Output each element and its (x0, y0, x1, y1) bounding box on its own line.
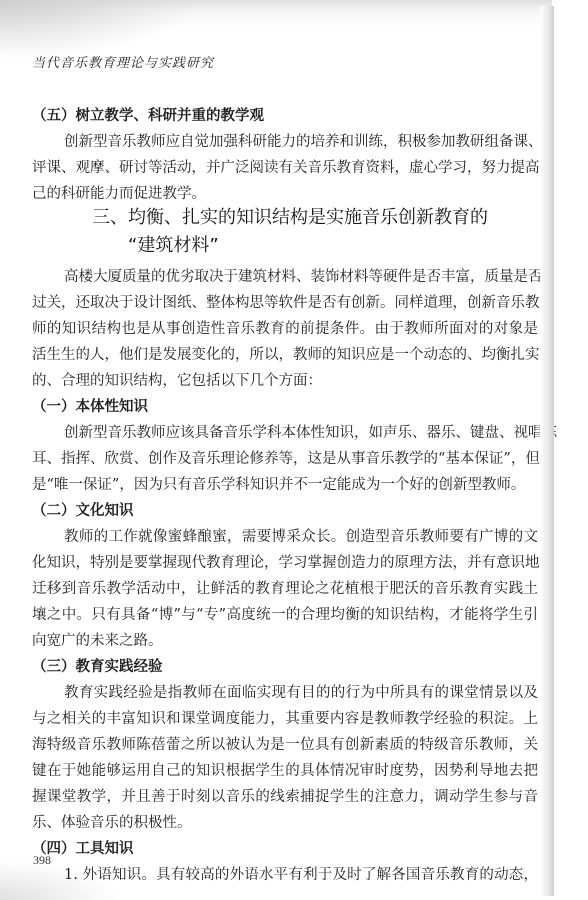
subsection-heading-2: （二）文化知识 (32, 498, 134, 524)
paragraph-line: 教育实践经验是指教师在面临实现有目的的行为中所具有的课堂情景以及 (32, 680, 538, 706)
paragraph-line: 教师的工作就像蜜蜂酿蜜，需要博采众长。创造型音乐教师要有广博的文 (32, 524, 538, 550)
paragraph-line: 的、合理的知识结构，它包括以下几个方面： (32, 368, 538, 394)
paragraph-line: 创新型音乐教师应自觉加强科研能力的培养和训练，积极参加教研组备课、 (32, 129, 538, 155)
paragraph-line: 化知识，特别是要掌握现代教育理论，学习掌握创造力的原理方法，并有意识地 (32, 550, 538, 576)
paragraph-line: 耳、指挥、欣赏、创作及音乐理论修养等，这是从事音乐教学的“基本保证”，但不 (32, 446, 538, 472)
page-number: 398 (33, 853, 51, 868)
subsection-heading-3: （三）教育实践经验 (32, 654, 163, 680)
paragraph-line: 与之相关的丰富知识和课堂调度能力，其重要内容是教师教学经验的积淀。上 (32, 706, 538, 732)
section-heading-line1: 三、均衡、扎实的知识结构是实施音乐创新教育的 (92, 204, 488, 232)
paragraph-line: 创新型音乐教师应该具备音乐学科本体性知识，如声乐、器乐、键盘、视唱练 (32, 420, 538, 446)
paragraph-line: 乐、体验音乐的积极性。 (32, 810, 538, 836)
paragraph-line: 握课堂教学，并且善于时刻以音乐的线索捕捉学生的注意力，调动学生参与音 (32, 784, 538, 810)
paragraph-line: 1. 外语知识。具有较高的外语水平有利于及时了解各国音乐教育的动态， (32, 862, 538, 888)
paragraph-line: 迁移到音乐教学活动中，让鲜活的教育理论之花植根于肥沃的音乐教育实践土 (32, 576, 538, 602)
paragraph-line: 海特级音乐教师陈蓓蕾之所以被认为是一位具有创新素质的特级音乐教师，关 (32, 732, 538, 758)
paragraph-line: 键在于她能够运用自己的知识根据学生的具体情况审时度势，因势利导地去把 (32, 758, 538, 784)
paragraph-line: 过关，还取决于设计图纸、整体构思等软件是否有创新。同样道理，创新音乐教 (32, 290, 538, 316)
paragraph-line: 高楼大厦质量的优劣取决于建筑材料、装饰材料等硬件是否丰富，质量是否 (32, 264, 538, 290)
subsection-heading-1: （一）本体性知识 (32, 394, 148, 420)
paragraph-line: 是“唯一保证”，因为只有音乐学科知识并不一定能成为一个好的创新型教师。 (32, 472, 538, 498)
paragraph-line: 活生生的人，他们是发展变化的，所以，教师的知识应是一个动态的、均衡扎实 (32, 342, 538, 368)
paragraph-line: 壤之中。只有具备“博”与“专”高度统一的合理均衡的知识结构，才能将学生引 (32, 602, 538, 628)
book-page: 当代音乐教育理论与实践研究 （五）树立教学、科研并重的教学观 创新型音乐教师应自… (0, 0, 552, 900)
paragraph-line: 评课、观摩、研讨等活动，并广泛阅读有关音乐教育资料，虚心学习，努力提高自 (32, 155, 538, 181)
paragraph-line: 向宽广的未来之路。 (32, 628, 538, 654)
paragraph-line: 师的知识结构也是从事创造性音乐教育的前提条件。由于教师所面对的对象是 (32, 316, 538, 342)
scan-corner-shadow (0, 0, 200, 60)
page-edge-shadow (540, 6, 554, 896)
subsection-heading-5: （五）树立教学、科研并重的教学观 (32, 103, 264, 129)
section-heading-line2: “建筑材料” (128, 232, 219, 260)
running-header: 当代音乐教育理论与实践研究 (32, 52, 214, 71)
